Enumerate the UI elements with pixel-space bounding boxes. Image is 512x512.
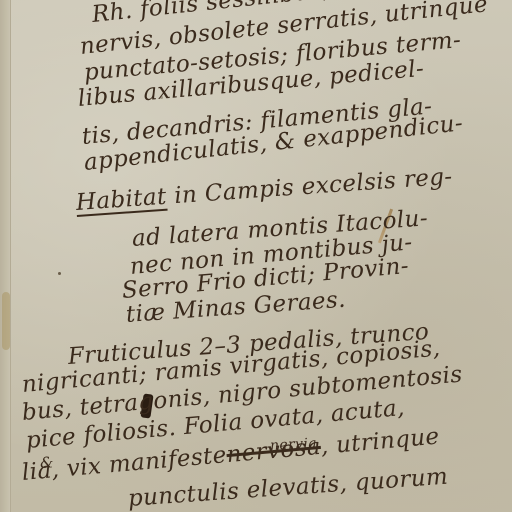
paper-speck <box>58 272 61 275</box>
habitat-heading: Habitat <box>75 184 167 216</box>
habitat-text: in Campis excelsis reg- <box>166 164 454 210</box>
struck-word: nervosa <box>225 434 321 468</box>
page-margin-edge <box>0 0 11 512</box>
paper-stain <box>2 292 10 350</box>
manuscript-page: Rh. foliis sessilibus, ovatis, acutis, n… <box>0 0 512 512</box>
